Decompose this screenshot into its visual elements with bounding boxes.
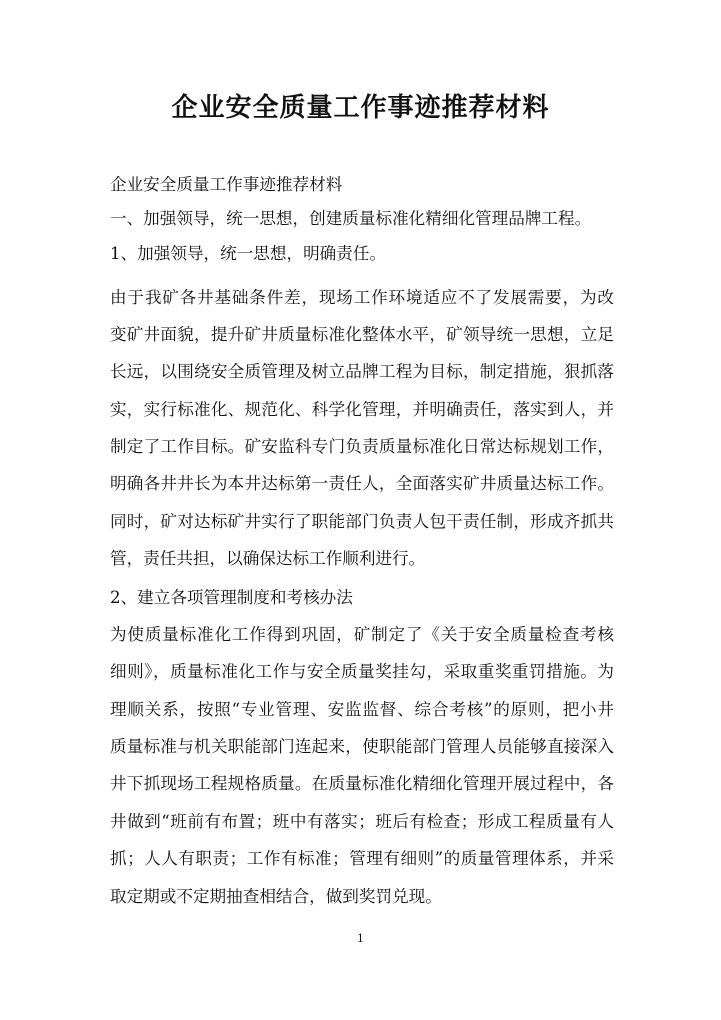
paragraph-line: 管，责任共担，以确保达标工作顺利进行。 xyxy=(110,547,614,571)
paragraph-line: 理顺关系，按照“专业管理、安监监督、综合考核”的原则，把小井 xyxy=(110,698,614,722)
paragraph-line: 长远，以围绕安全质管理及树立品牌工程为目标，制定措施，狠抓落 xyxy=(110,360,614,384)
page-number: 1 xyxy=(0,932,721,946)
paragraph-line: 变矿井面貌，提升矿井质量标准化整体水平，矿领导统一思想，立足 xyxy=(110,323,614,347)
paragraph-line: 井下抓现场工程规格质量。在质量标准化精细化管理开展过程中，各 xyxy=(110,772,614,796)
paragraph-line: 企业安全质量工作事迹推荐材料 xyxy=(110,173,614,197)
paragraph-line: 质量标准与机关职能部门连起来，使职能部门管理人员能够直接深入 xyxy=(110,735,614,759)
paragraph-line: 井做到“班前有布置；班中有落实；班后有检查；形成工程质量有人 xyxy=(110,810,614,834)
paragraph-line: 2、建立各项管理制度和考核办法 xyxy=(110,586,614,610)
paragraph-line: 同时，矿对达标矿井实行了职能部门负责人包干责任制，形成齐抓共 xyxy=(110,510,614,534)
paragraph-line: 为使质量标准化工作得到巩固，矿制定了《关于安全质量检查考核 xyxy=(110,623,614,647)
paragraph-line: 1、加强领导，统一思想，明确责任。 xyxy=(110,242,614,266)
paragraph-line: 实，实行标准化、规范化、科学化管理，并明确责任，落实到人，并 xyxy=(110,398,614,422)
paragraph-line: 取定期或不定期抽查相结合，做到奖罚兑现。 xyxy=(110,885,614,909)
paragraph-line: 制定了工作目标。矿安监科专门负责质量标准化日常达标规划工作， xyxy=(110,435,614,459)
paragraph-line: 抓；人人有职责；工作有标准；管理有细则”的质量管理体系，并采 xyxy=(110,847,614,871)
paragraph-line: 细则》，质量标准化工作与安全质量奖挂勾，采取重奖重罚措施。为 xyxy=(110,660,614,684)
document-page: 企业安全质量工作事迹推荐材料 企业安全质量工作事迹推荐材料 一、加强领导，统一思… xyxy=(0,0,721,1020)
paragraph-line: 明确各井井长为本井达标第一责任人，全面落实矿井质量达标工作。 xyxy=(110,472,614,496)
document-title: 企业安全质量工作事迹推荐材料 xyxy=(0,88,721,128)
paragraph-line: 由于我矿各井基础条件差，现场工作环境适应不了发展需要，为改 xyxy=(110,286,614,310)
paragraph-line: 一、加强领导，统一思想，创建质量标准化精细化管理品牌工程。 xyxy=(110,207,614,231)
